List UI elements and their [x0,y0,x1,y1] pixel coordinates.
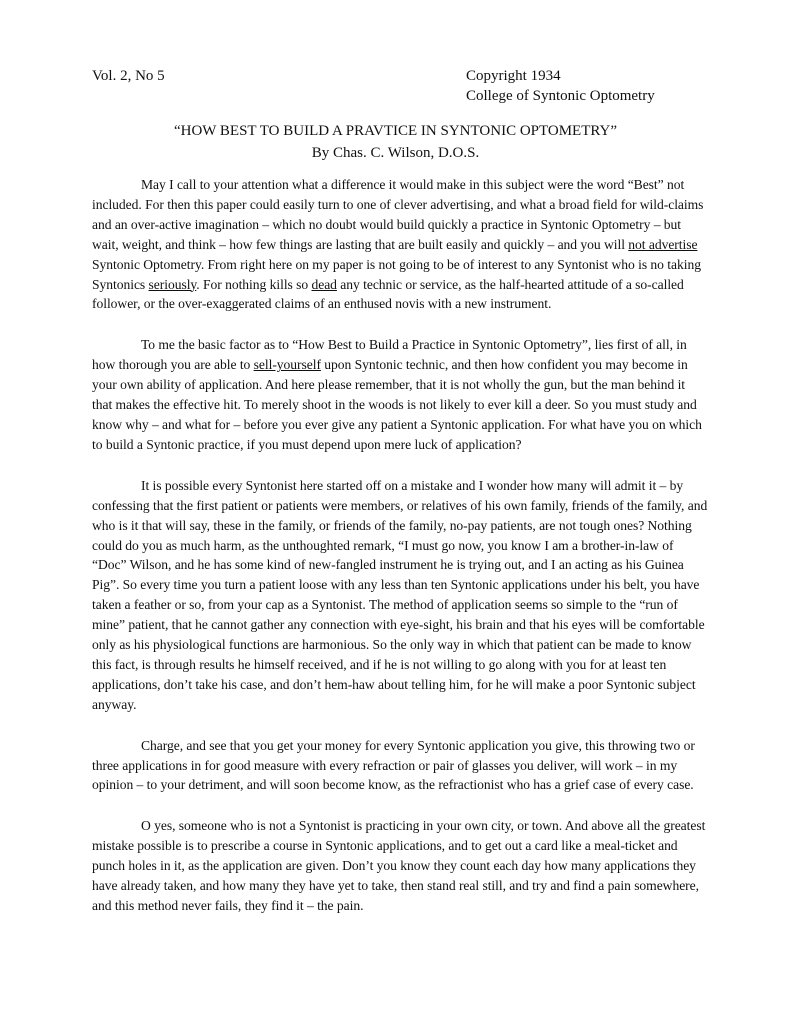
paragraph-2: To me the basic factor as to “How Best t… [92,335,708,454]
copyright-block: Copyright 1934 College of Syntonic Optom… [466,66,655,106]
volume-label: Vol. 2, No 5 [92,66,165,86]
paragraph-3: It is possible every Syntonist here star… [92,476,708,715]
paragraph-1: May I call to your attention what a diff… [92,175,708,314]
document-title: “HOW BEST TO BUILD A PRAVTICE IN SYNTONI… [0,121,791,141]
article-body: May I call to your attention what a diff… [92,175,708,936]
underlined-text: not advertise [628,237,697,252]
copyright-line: Copyright 1934 [466,66,655,86]
text-run: May I call to your attention what a diff… [92,177,703,252]
byline: By Chas. C. Wilson, D.O.S. [0,143,791,163]
text-run: . For nothing kills so [196,277,311,292]
underlined-text: seriously [149,277,197,292]
publisher-line: College of Syntonic Optometry [466,86,655,106]
underlined-text: sell-yourself [254,357,321,372]
paragraph-4: Charge, and see that you get your money … [92,736,708,796]
underlined-text: dead [311,277,336,292]
paragraph-5: O yes, someone who is not a Syntonist is… [92,816,708,916]
